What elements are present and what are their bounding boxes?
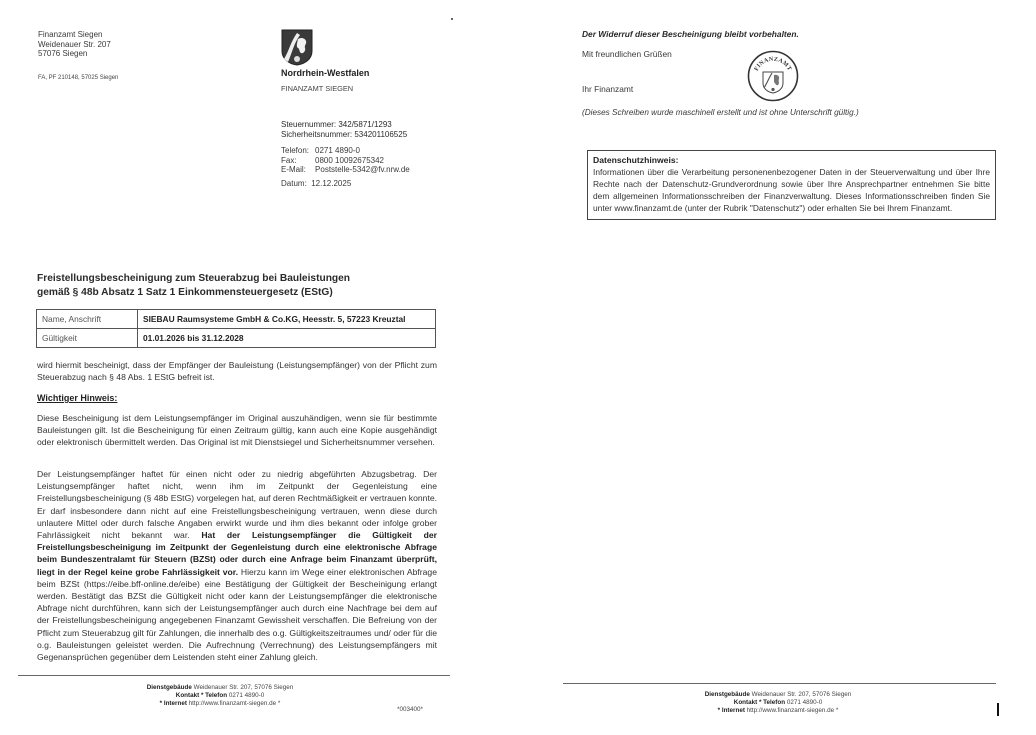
certification-statement: wird hiermit bescheinigt, dass der Empfä… — [37, 359, 437, 383]
revocation-notice: Der Widerruf dieser Bescheinigung bleibt… — [582, 29, 799, 39]
sender-name: Finanzamt Siegen — [38, 30, 111, 40]
tax-number: Steuernummer: 342/5871/1293 — [281, 120, 407, 130]
privacy-heading: Datenschutzhinweis: — [593, 155, 990, 166]
footer-divider — [563, 683, 996, 684]
notice-paragraph-2: Der Leistungsempfänger haftet für einen … — [37, 468, 437, 663]
contact-block: Telefon: 0271 4890-0 Fax: 0800 100926753… — [281, 146, 416, 175]
document-title: Freistellungsbescheinigung zum Steuerabz… — [37, 272, 350, 300]
validity-value: 01.01.2026 bis 31.12.2028 — [138, 329, 436, 348]
notice-paragraph-1: Diese Bescheinigung ist dem Leistungsemp… — [37, 412, 437, 449]
machine-generated-note: (Dieses Schreiben wurde maschinell erste… — [582, 108, 859, 117]
sender-address: Finanzamt Siegen Weidenauer Str. 207 570… — [38, 30, 111, 59]
contact-fax: Fax: 0800 10092675342 — [281, 156, 416, 166]
sender-city: 57076 Siegen — [38, 49, 111, 59]
office-name: FINANZAMT SIEGEN — [281, 84, 353, 93]
tax-identifiers: Steuernummer: 342/5871/1293 Sicherheitsn… — [281, 120, 407, 139]
text-cursor — [997, 703, 999, 716]
security-number: Sicherheitsnummer: 534201106525 — [281, 130, 407, 140]
validity-label: Gültigkeit — [37, 329, 138, 348]
table-row: Name, Anschrift SIEBAU Raumsysteme GmbH … — [37, 310, 436, 329]
state-name: Nordrhein-Westfalen — [281, 68, 369, 78]
nrw-coat-of-arms-icon — [281, 29, 313, 66]
scan-artifact — [451, 18, 453, 20]
date-value: 12.12.2025 — [311, 179, 351, 188]
privacy-text: Informationen über die Verarbeitung pers… — [593, 166, 990, 214]
privacy-notice-box: Datenschutzhinweis: Informationen über d… — [587, 150, 996, 220]
name-address-label: Name, Anschrift — [37, 310, 138, 329]
footer-divider — [18, 675, 450, 676]
page-footer: Dienstgebäude Weidenauer Str. 207, 57076… — [90, 684, 350, 708]
page-footer: Dienstgebäude Weidenauer Str. 207, 57076… — [560, 691, 996, 715]
notice-heading: Wichtiger Hinweis: — [37, 393, 117, 403]
return-address: FA, PF 210148, 57025 Siegen — [38, 74, 118, 82]
contact-email: E-Mail: Poststelle-5342@fv.nrw.de — [281, 165, 416, 175]
contact-phone: Telefon: 0271 4890-0 — [281, 146, 416, 156]
recipient-info-table: Name, Anschrift SIEBAU Raumsysteme GmbH … — [36, 309, 436, 348]
document-date: Datum: 12.12.2025 — [281, 179, 351, 188]
signoff: Ihr Finanzamt — [582, 84, 633, 94]
document-number: *003400* — [397, 706, 423, 713]
table-row: Gültigkeit 01.01.2026 bis 31.12.2028 — [37, 329, 436, 348]
date-label: Datum: — [281, 179, 309, 188]
finanzamt-seal-icon: FINANZAMT — [747, 50, 799, 102]
sender-street: Weidenauer Str. 207 — [38, 40, 111, 50]
name-address-value: SIEBAU Raumsysteme GmbH & Co.KG, Heesstr… — [138, 310, 436, 329]
closing-greeting: Mit freundlichen Grüßen — [582, 49, 672, 59]
certificate-page-1: Finanzamt Siegen Weidenauer Str. 207 570… — [0, 0, 470, 735]
certificate-page-2: Der Widerruf dieser Bescheinigung bleibt… — [560, 0, 1036, 735]
